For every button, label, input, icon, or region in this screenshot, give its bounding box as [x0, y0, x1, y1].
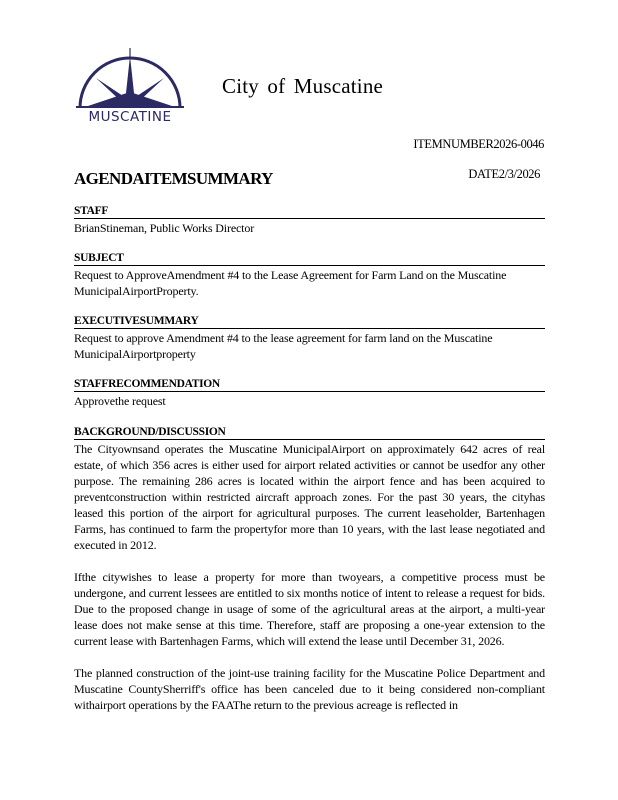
paragraph: The planned construction of the joint-us…: [74, 665, 545, 713]
section-heading: STAFF: [74, 205, 545, 219]
section-executive-summary: EXECUTIVESUMMARY Request to approve Amen…: [74, 315, 545, 362]
section-heading: EXECUTIVESUMMARY: [74, 315, 545, 329]
item-number: ITEMNUMBER2026-0046: [413, 137, 544, 152]
section-heading: BACKGROUND/DISCUSSION: [74, 426, 545, 440]
section-body: The Cityownsand operates the Muscatine M…: [74, 441, 545, 713]
compass-star-icon: MUSCATINE: [74, 48, 186, 124]
section-subject: SUBJECT Request to ApproveAmendment #4 t…: [74, 252, 545, 299]
item-date: DATE2/3/2026: [468, 167, 540, 182]
section-body: Request to approve Amendment #4 to the l…: [74, 330, 545, 362]
city-logo: MUSCATINE: [74, 48, 186, 124]
section-body: BrianStineman, Public Works Director: [74, 220, 545, 236]
section-body: Approvethe request: [74, 393, 545, 409]
city-title: City of Muscatine: [222, 74, 383, 99]
section-staff-recommendation: STAFFRECOMMENDATION Approvethe request: [74, 378, 545, 409]
page-title: AGENDAITEMSUMMARY: [74, 169, 273, 189]
section-heading: STAFFRECOMMENDATION: [74, 378, 545, 392]
section-staff: STAFF BrianStineman, Public Works Direct…: [74, 205, 545, 236]
paragraph: Ifthe citywishes to lease a property for…: [74, 569, 545, 649]
paragraph: The Cityownsand operates the Muscatine M…: [74, 441, 545, 553]
section-body: Request to ApproveAmendment #4 to the Le…: [74, 267, 545, 299]
section-heading: SUBJECT: [74, 252, 545, 266]
section-background-discussion: BACKGROUND/DISCUSSION The Cityownsand op…: [74, 426, 545, 729]
logo-text: MUSCATINE: [88, 109, 171, 124]
